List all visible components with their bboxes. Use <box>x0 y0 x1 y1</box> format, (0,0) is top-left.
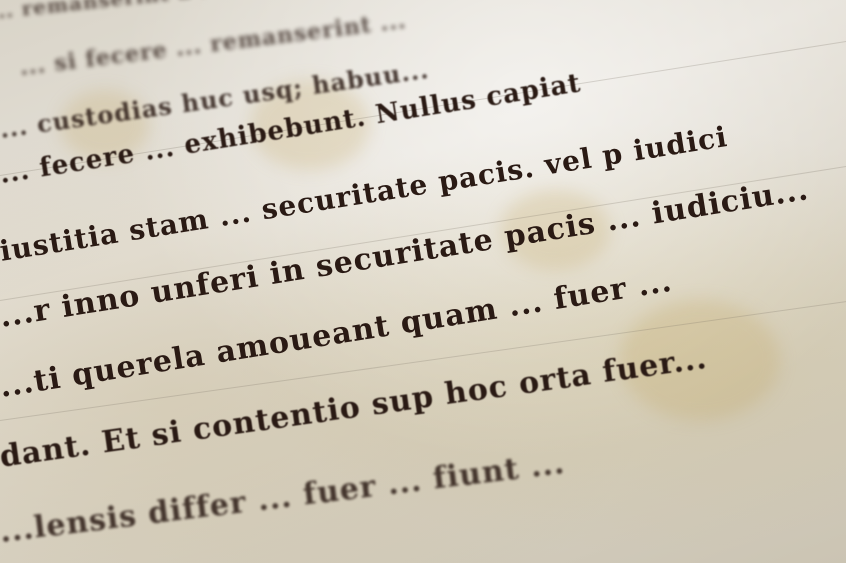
manuscript-photo: ... remanserint a . . . ... si fecere ..… <box>0 0 846 563</box>
manuscript-line: ... remanserint a . . . <box>0 0 240 24</box>
